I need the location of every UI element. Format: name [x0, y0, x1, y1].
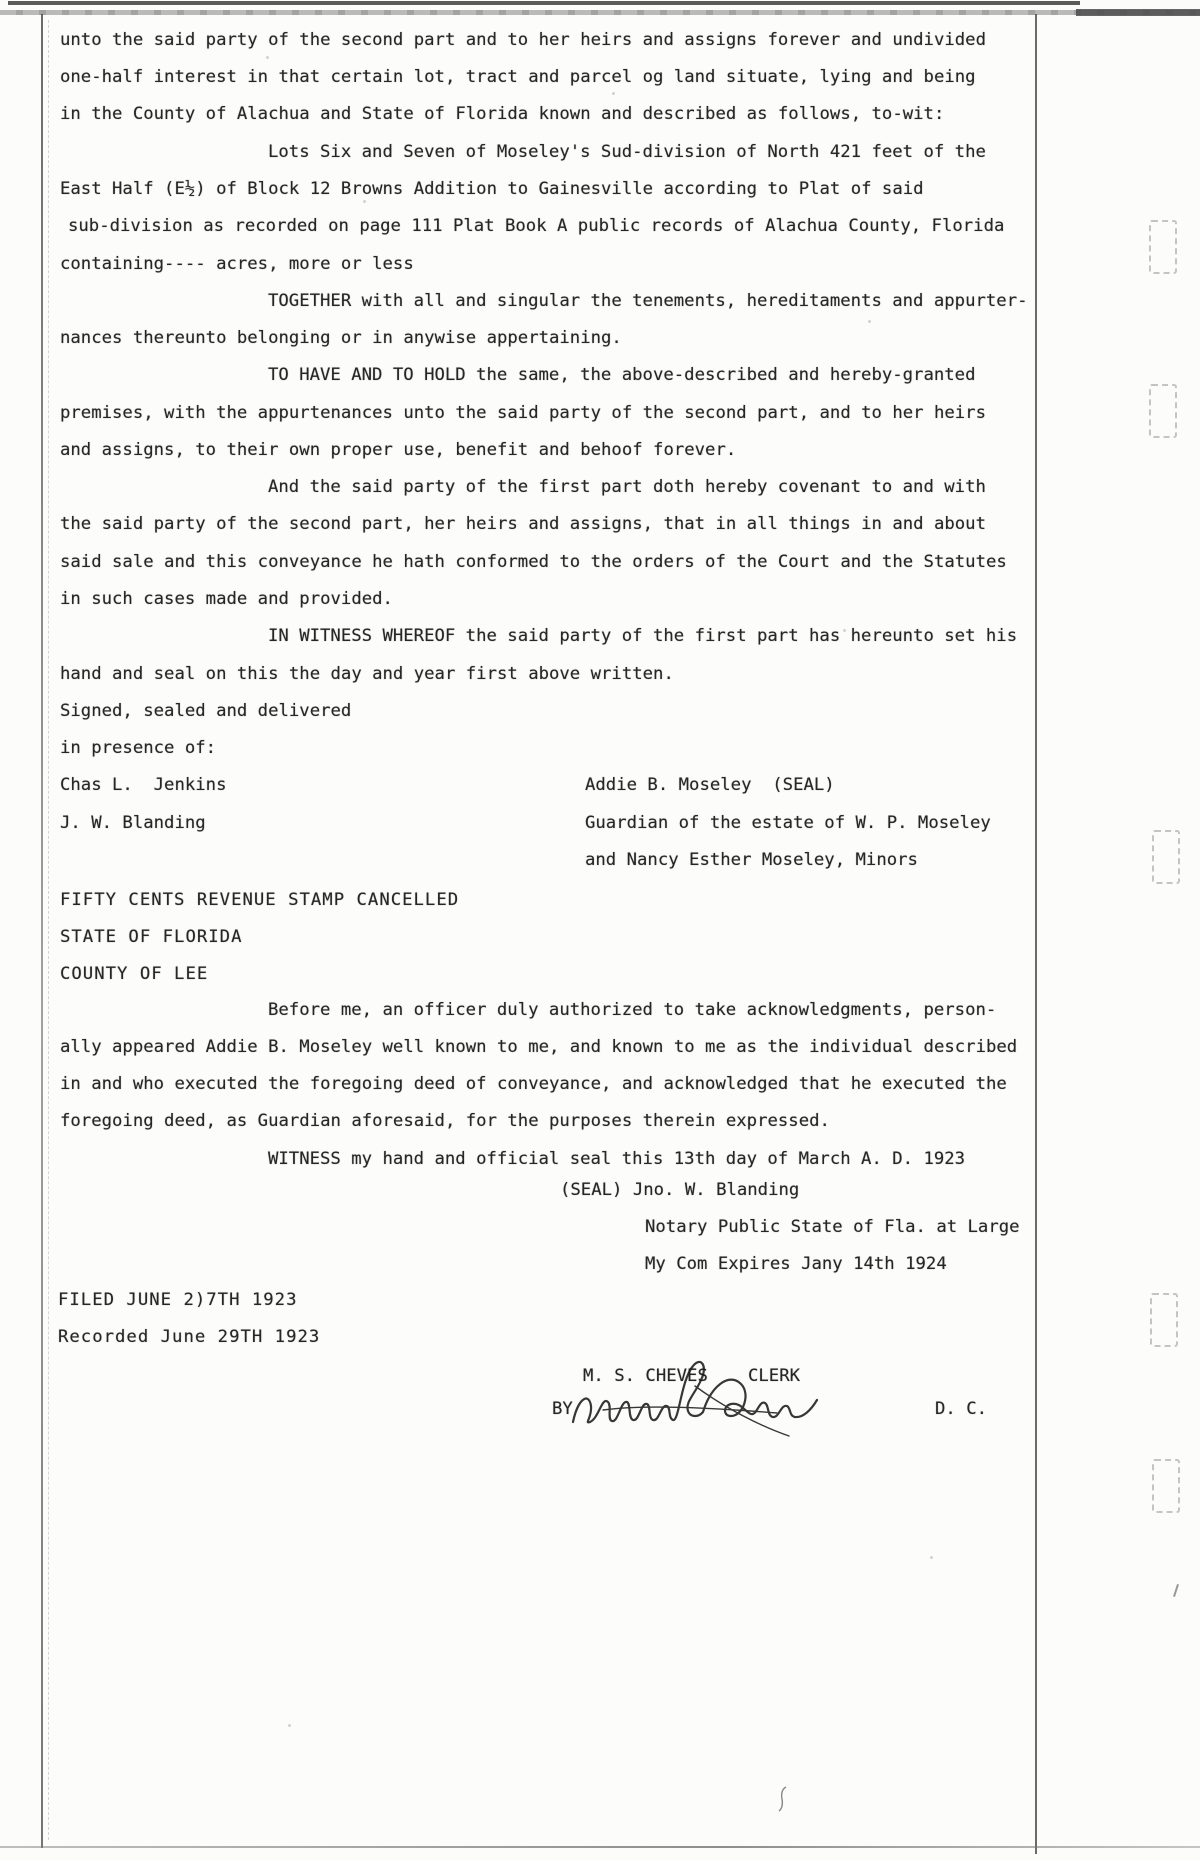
deed-text-line: sub-division as recorded on page 111 Pla…: [68, 216, 1004, 236]
deed-text-line: and assigns, to their own proper use, be…: [60, 440, 736, 460]
scan-top-edge-line: [8, 1, 1080, 5]
filed-stamp: FILED JUNE 2)7TH 1923: [58, 1290, 298, 1310]
right-margin-rule: [1035, 14, 1037, 1854]
deed-text-line: in presence of:: [60, 738, 216, 758]
deed-text-line: Signed, sealed and delivered: [60, 701, 351, 721]
deed-text-line: hand and seal on this the day and year f…: [60, 664, 674, 684]
scan-top-edge-band: [0, 10, 1200, 15]
deed-text-line: one-half interest in that certain lot, t…: [60, 67, 976, 87]
notary-seal-line: (SEAL) Jno. W. Blanding: [560, 1180, 799, 1200]
deed-text-line: said sale and this conveyance he hath co…: [60, 552, 1007, 572]
deputy-clerk-suffix: D. C.: [935, 1399, 987, 1419]
grantor-signature-line: Addie B. Moseley (SEAL): [585, 775, 835, 795]
notary-expiry-line: My Com Expires Jany 14th 1924: [645, 1254, 947, 1274]
county-caption: COUNTY OF LEE: [60, 964, 208, 984]
deed-text-line: And the said party of the first part dot…: [268, 477, 986, 497]
grantor-title-line: and Nancy Esther Moseley, Minors: [585, 850, 918, 870]
left-margin-rule-faint: [48, 20, 49, 1840]
notary-title-line: Notary Public State of Fla. at Large: [645, 1217, 1020, 1237]
scan-speck: [612, 92, 615, 95]
scan-speck: [363, 200, 366, 203]
deed-text-line: TOGETHER with all and singular the tenem…: [268, 291, 1028, 311]
state-caption: STATE OF FLORIDA: [60, 927, 242, 947]
deed-text-line: Before me, an officer duly authorized to…: [268, 1000, 996, 1020]
stray-ink-mark: [1173, 1584, 1179, 1597]
scanned-deed-page: { "lines": [ "unto the said party of the…: [0, 0, 1200, 1860]
deed-text-line: containing---- acres, more or less: [60, 254, 414, 274]
deed-text-line: premises, with the appurtenances unto th…: [60, 403, 986, 423]
deed-text-line: TO HAVE AND TO HOLD the same, the above-…: [268, 365, 976, 385]
binder-mark: [1150, 1293, 1178, 1347]
left-margin-rule: [41, 14, 43, 1848]
stray-pen-flourish: [776, 1786, 790, 1812]
witness-name: J. W. Blanding: [60, 813, 206, 833]
scan-speck: [868, 320, 871, 323]
binder-mark: [1152, 830, 1180, 884]
revenue-stamp-note: FIFTY CENTS REVENUE STAMP CANCELLED: [60, 890, 459, 910]
binder-mark: [1149, 384, 1177, 438]
deed-text-line: the said party of the second part, her h…: [60, 514, 986, 534]
scan-speck: [288, 1724, 291, 1727]
binder-mark: [1152, 1459, 1180, 1513]
deed-text-line: unto the said party of the second part a…: [60, 30, 986, 50]
deed-text-line: IN WITNESS WHEREOF the said party of the…: [268, 626, 1017, 646]
deed-text-line: ally appeared Addie B. Moseley well know…: [60, 1037, 1017, 1057]
deed-text-line: in and who executed the foregoing deed o…: [60, 1074, 1007, 1094]
deed-text-line: Lots Six and Seven of Moseley's Sud-divi…: [268, 142, 986, 162]
deed-text-line: in such cases made and provided.: [60, 589, 393, 609]
deed-text-line: nances thereunto belonging or in anywise…: [60, 328, 622, 348]
deed-text-line: East Half (E½) of Block 12 Browns Additi…: [60, 179, 924, 199]
witness-name: Chas L. Jenkins: [60, 775, 226, 795]
scan-speck: [930, 1556, 933, 1559]
scan-speck: [266, 56, 269, 59]
deed-text-line: foregoing deed, as Guardian aforesaid, f…: [60, 1111, 830, 1131]
grantor-title-line: Guardian of the estate of W. P. Moseley: [585, 813, 991, 833]
deputy-clerk-signature: [545, 1356, 835, 1456]
scan-top-edge-band-dark: [1076, 9, 1200, 16]
binder-mark: [1149, 220, 1177, 274]
recorded-stamp: Recorded June 29TH 1923: [58, 1327, 320, 1347]
bottom-edge-line: [0, 1846, 1200, 1848]
deed-text-line: WITNESS my hand and official seal this 1…: [268, 1149, 965, 1169]
deed-text-line: in the County of Alachua and State of Fl…: [60, 104, 944, 124]
